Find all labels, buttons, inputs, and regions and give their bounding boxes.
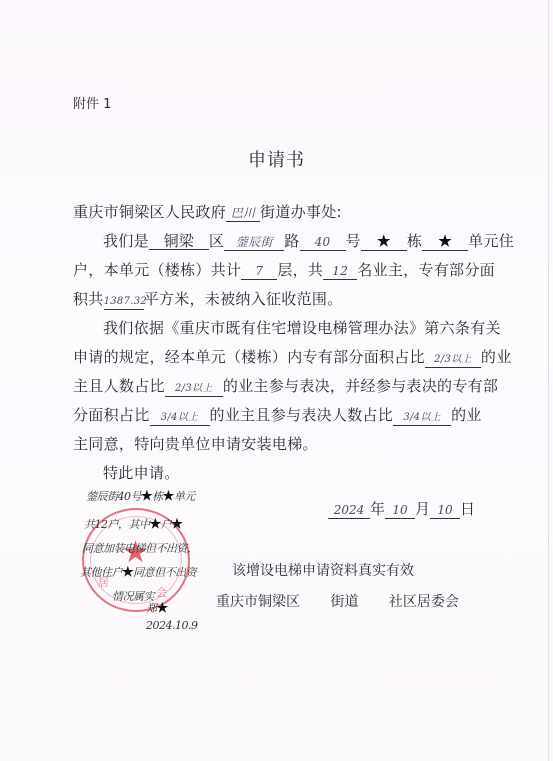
page-edge (548, 0, 549, 761)
people-ratio-fill: 2/3以上 (165, 381, 223, 397)
addressee-suffix: 街道办事处: (260, 203, 342, 221)
redacted-star-icon: ★ (171, 517, 182, 532)
vote-area-fill: 3/4以上 (150, 410, 210, 426)
text: 区 (209, 232, 224, 250)
year-fill: 2024 (328, 503, 370, 519)
redacted-star-icon: ★ (122, 565, 133, 580)
handwritten-note-line1: 蓥辰街40号★栋★单元 (86, 488, 195, 504)
text: 单元住 (468, 232, 514, 250)
text: 层，共 (277, 261, 323, 279)
text: 名业主，专有部分面 (357, 261, 495, 279)
text: 积共 (73, 290, 104, 308)
para1-line1: 我们是铜梁区蓥辰街路40号★栋★单元住 (103, 230, 514, 251)
text: 我们是 (103, 232, 149, 250)
document-title: 申请书 (0, 146, 553, 172)
text: 同意但不出资 (133, 566, 196, 579)
verification-signatory: 重庆市铜梁区 街道 社区居委会 (216, 591, 459, 611)
addressee-prefix: 重庆市铜梁区人民政府 (73, 203, 226, 221)
para2-line1: 我们依据《重庆市既有住宅增设电梯管理办法》第六条有关 (103, 317, 501, 338)
para2-line4: 分面积占比3/4以上的业主且参与表决人数占比3/4以上的业 (73, 404, 482, 426)
text: 的业 (481, 348, 512, 366)
text: 单元 (174, 490, 195, 503)
vote-people-fill: 3/4以上 (393, 410, 451, 426)
text: 蓥辰街40号 (86, 490, 141, 503)
unit-fill: ★ (422, 234, 468, 251)
text: 郑 (146, 602, 157, 615)
district-fill: 铜梁 (149, 234, 209, 250)
street-fill: 巴川 (226, 206, 260, 222)
city-district: 重庆市铜梁区 (216, 591, 300, 611)
text: 的业主参与表决，并经参与表决的专有部 (223, 377, 498, 395)
number-fill: 40 (300, 235, 346, 251)
text: 共12户，其中 (84, 518, 150, 531)
text: 栋 (152, 490, 163, 503)
floors-fill: 7 (241, 264, 277, 280)
owners-fill: 12 (323, 264, 357, 280)
area-fill: 1387.32 (104, 294, 144, 310)
redacted-star-icon: ★ (438, 232, 452, 250)
para2-line2: 申请的规定，经本单元（楼栋）内专有部分面积占比2/3以上的业 (73, 346, 512, 368)
application-date: 2024年10月10日 (328, 498, 475, 519)
redacted-star-icon: ★ (163, 489, 174, 504)
addressee-line: 重庆市铜梁区人民政府巴川街道办事处: (73, 201, 342, 222)
attachment-label: 附件 1 (73, 93, 111, 112)
handwritten-note-line4: 其他住户★同意但不出资 (80, 564, 196, 580)
text: 栋 (407, 232, 422, 250)
document-page: 附件 1 申请书 重庆市铜梁区人民政府巴川街道办事处: 我们是铜梁区蓥辰街路40… (0, 0, 553, 761)
handwritten-signed-date: 2024.10.9 (146, 619, 197, 632)
committee-label: 社区居委会 (389, 591, 459, 611)
text: 平方米，未被纳入征收范围。 (144, 290, 343, 308)
text: 申请的规定，经本单元（楼栋）内专有部分面积占比 (73, 348, 425, 366)
text: 其他住户 (80, 566, 122, 579)
street-label: 街道 (330, 591, 358, 611)
redacted-star-icon: ★ (141, 489, 152, 504)
handwritten-signature: 郑★ (146, 600, 168, 616)
verification-statement: 该增设电梯申请资料真实有效 (232, 560, 414, 580)
day-label: 日 (460, 500, 475, 518)
year-label: 年 (370, 500, 385, 518)
area-ratio-fill: 2/3以上 (425, 352, 481, 368)
closing: 特此申请。 (103, 462, 180, 483)
para1-line2: 户，本单元（楼栋）共计7层，共12名业主，专有部分面 (73, 259, 495, 280)
para2-line5: 主同意，特向贵单位申请安装电梯。 (73, 433, 318, 454)
text: 分面积占比 (73, 406, 150, 424)
para1-line3: 积共1387.32平方米，未被纳入征收范围。 (73, 288, 343, 310)
redacted-star-icon: ★ (157, 601, 168, 616)
month-label: 月 (415, 500, 430, 518)
text: 的业 (451, 406, 482, 424)
text: 主且人数占比 (73, 377, 165, 395)
text: 的业主且参与表决人数占比 (210, 406, 394, 424)
redacted-star-icon: ★ (377, 232, 391, 250)
text: 号 (346, 232, 361, 250)
text: 户 (161, 518, 172, 531)
handwritten-note-line2: 共12户，其中★户★ (84, 516, 182, 532)
handwritten-note-line3: 同意加装电梯但不出资， (82, 540, 198, 556)
text: 户，本单元（楼栋）共计 (73, 261, 241, 279)
seal-text-right: 会 (156, 584, 167, 600)
building-fill: ★ (361, 234, 407, 251)
text: 路 (284, 232, 299, 250)
day-fill: 10 (430, 503, 460, 519)
para2-line3: 主且人数占比2/3以上的业主参与表决，并经参与表决的专有部 (73, 375, 498, 397)
month-fill: 10 (385, 503, 415, 519)
redacted-star-icon: ★ (150, 517, 161, 532)
road-fill: 蓥辰街 (224, 235, 284, 251)
